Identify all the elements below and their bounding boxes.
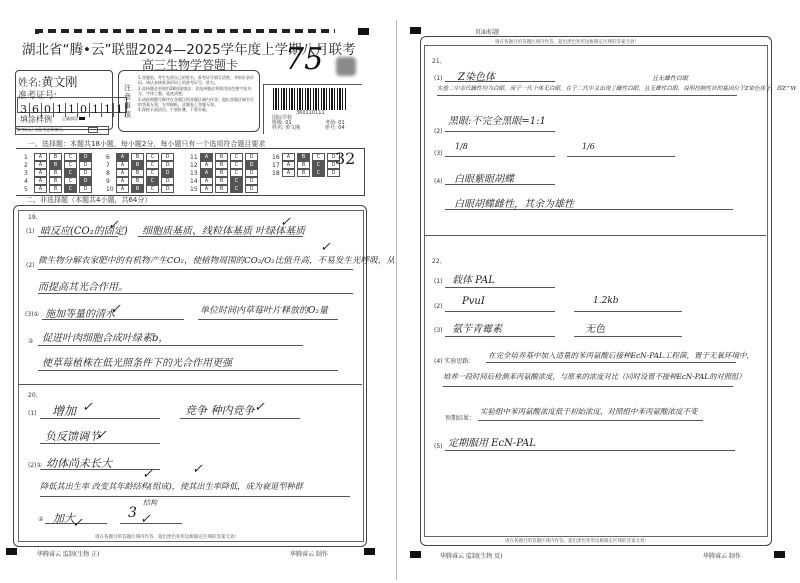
mc-option-a[interactable]: A bbox=[200, 169, 213, 177]
mc-option-d[interactable]: D bbox=[79, 177, 92, 185]
corner-mark bbox=[364, 548, 375, 555]
notice-item: 2.选择题必须使用2B铅笔填涂；非选择题必须使用黑色签字笔书写，字体工整、笔迹清… bbox=[138, 86, 256, 97]
mc-option-b[interactable]: B bbox=[131, 177, 144, 185]
mc-question-number: 9 bbox=[106, 178, 114, 185]
fold-line bbox=[396, 20, 397, 580]
notice-list: 1.答题前，考生先将自己的姓名、准考证号填写清楚，并贴好条形码。请认真核准条形码… bbox=[138, 75, 256, 113]
q21-p1-insert: 且无雄性白眼 bbox=[652, 73, 688, 82]
mc-question-number: 14 bbox=[190, 178, 198, 185]
mc-question-row: 9ABCD bbox=[106, 177, 174, 185]
q19-p3-2-answer-line2[interactable]: 使草莓植株在低光照条件下的光合作用更强 bbox=[42, 354, 232, 369]
mc-question-row: 4ABCD bbox=[24, 177, 92, 185]
mc-option-c[interactable]: C bbox=[312, 169, 325, 177]
mc-option-d[interactable]: D bbox=[245, 161, 258, 169]
q22-p3-label: (3) bbox=[434, 327, 443, 334]
mc-option-d[interactable]: D bbox=[79, 185, 92, 193]
left-footer-right: 华腾睿云 制作 bbox=[290, 549, 328, 558]
mc-option-a[interactable]: A bbox=[282, 161, 295, 169]
mc-option-b[interactable]: B bbox=[215, 153, 228, 161]
mc-option-c[interactable]: C bbox=[230, 161, 243, 169]
mc-question-number: 3 bbox=[24, 170, 32, 177]
mc-option-d[interactable]: D bbox=[245, 153, 258, 161]
mc-option-a[interactable]: A bbox=[116, 177, 129, 185]
mc-option-c[interactable]: C bbox=[64, 177, 77, 185]
redacted-mark bbox=[336, 57, 356, 76]
fill-example-correct: 正确填涂 bbox=[62, 116, 85, 122]
mc-question-number: 4 bbox=[24, 178, 32, 185]
section2-heading: 二、非选择题（本题共4小题，共64分） bbox=[26, 195, 151, 205]
right-header-label: 页面标题 bbox=[475, 27, 499, 36]
mc-option-b[interactable]: B bbox=[49, 185, 62, 193]
q22-p3-answer-b[interactable]: 无色 bbox=[585, 320, 605, 335]
notice-item: 3.请按照题号顺序在各题目的答题区域内作答，超出答题区域书写的答案无效；在草稿纸… bbox=[138, 97, 256, 108]
mc-question-number: 17 bbox=[272, 162, 280, 169]
mc-option-d[interactable]: D bbox=[327, 169, 340, 177]
q22-p4-answer-line1[interactable]: 在完全培养基中加入适量的苯丙氨酸后接种EcN-PAL工程菌，置于无氧环境中， bbox=[488, 350, 754, 361]
mc-option-b[interactable]: B bbox=[297, 169, 310, 177]
q21-p1-label: (1) bbox=[434, 75, 443, 82]
mc-option-a[interactable]: A bbox=[116, 169, 129, 177]
q21-q22-divider bbox=[424, 235, 766, 236]
mc-option-a[interactable]: A bbox=[200, 177, 213, 185]
mc-question-row: 10ABCD bbox=[106, 185, 174, 193]
q20-p1-answer-c[interactable]: 负反馈调节 bbox=[45, 428, 100, 444]
mc-question-row: 1ABCD bbox=[24, 153, 92, 161]
check-mark: ✓ bbox=[72, 516, 83, 531]
q22-p5-label: (5) bbox=[434, 443, 443, 450]
mc-option-c[interactable]: C bbox=[146, 153, 159, 161]
mc-option-c[interactable]: C bbox=[312, 161, 325, 169]
mc-option-b[interactable]: B bbox=[297, 153, 310, 161]
check-mark: ✓ bbox=[82, 400, 93, 415]
mc-option-a[interactable]: A bbox=[282, 153, 295, 161]
absent-label: 缺考标记 由监考老师填写。 bbox=[17, 127, 66, 133]
q22-p1-answer[interactable]: 载体 PAL bbox=[452, 271, 495, 286]
check-mark: ✓ bbox=[280, 215, 291, 230]
mc-option-c[interactable]: C bbox=[312, 153, 325, 161]
mc-question-number: 1 bbox=[24, 154, 32, 161]
exam-id-digit[interactable]: 1 bbox=[90, 103, 102, 117]
mc-option-c[interactable]: C bbox=[64, 161, 77, 169]
mc-question-number: 16 bbox=[272, 154, 280, 161]
q21-number: 21、 bbox=[432, 56, 446, 65]
corner-mark bbox=[410, 551, 421, 558]
timing-marks bbox=[35, 29, 335, 33]
corner-mark bbox=[6, 548, 17, 555]
mc-option-c[interactable]: C bbox=[230, 177, 243, 185]
mc-option-a[interactable]: A bbox=[200, 153, 213, 161]
mc-question-number: 7 bbox=[106, 162, 114, 169]
q21-p4-label: (4) bbox=[434, 178, 443, 185]
mc-question-number: 6 bbox=[106, 154, 114, 161]
total-score: 75 bbox=[285, 42, 323, 77]
q20-p2-label: (2)① bbox=[28, 462, 42, 469]
q21-p1-answer-b[interactable]: 实验二中亲代雌性均为白眼，而子一代个体无白眼，在子二代中又出现了雌性白眼，且无雄… bbox=[437, 84, 796, 92]
check-mark: ✓ bbox=[192, 462, 203, 477]
mc-option-b[interactable]: B bbox=[131, 161, 144, 169]
q21-p2-answer[interactable]: 黑眼:不完全黑眼=1:1 bbox=[448, 112, 546, 127]
q20-p1-answer-b[interactable]: 竞争 种内竞争 bbox=[185, 402, 255, 418]
mc-option-b[interactable]: B bbox=[297, 161, 310, 169]
mc-option-b[interactable]: B bbox=[49, 177, 62, 185]
q22-p1-label: (1) bbox=[434, 278, 443, 285]
mc-question-number: 13 bbox=[190, 170, 198, 177]
mc-question-row: 16ABCD bbox=[272, 153, 340, 161]
right-footer-right: 华腾睿云 制作 bbox=[703, 551, 741, 560]
q21-p3-answer-b[interactable]: 1/6 bbox=[582, 142, 595, 151]
seat-label: 座号: 04 bbox=[325, 124, 345, 131]
mc-question-row: 3ABCD bbox=[24, 169, 92, 177]
mc-option-b[interactable]: B bbox=[215, 161, 228, 169]
mc-question-row: 17ABCD bbox=[272, 161, 340, 169]
mc-option-a[interactable]: A bbox=[200, 161, 213, 169]
q21-p4-answer-a[interactable]: 白眼紫眼胡蝶 bbox=[454, 170, 514, 185]
mc-question-number: 5 bbox=[24, 186, 32, 193]
q21-p3-answer-a[interactable]: 1/8 bbox=[455, 142, 468, 151]
check-mark: ✓ bbox=[254, 400, 265, 415]
q19-p2-answer-line1[interactable]: 微生物分解农家肥中的有机物产生CO₂，使植物周围的CO₂/O₂比值升高，不易发生… bbox=[38, 254, 395, 266]
left-footer-left: 华腾睿云 监制(生物 正) bbox=[37, 549, 100, 558]
absent-checkbox[interactable] bbox=[88, 127, 98, 133]
mc-option-d[interactable]: D bbox=[245, 177, 258, 185]
mc-option-c[interactable]: C bbox=[146, 185, 159, 193]
check-mark: ✓ bbox=[320, 240, 331, 255]
mc-question-row: 15ABCD bbox=[190, 185, 258, 193]
fill-example-label: 填涂样例 bbox=[20, 114, 52, 125]
q22-result-answer[interactable]: 实验组中苯丙氨酸浓度低于初始浓度，对照组中苯丙氨酸浓度不变 bbox=[480, 406, 698, 417]
mc-option-d[interactable]: D bbox=[161, 169, 174, 177]
mc-option-d[interactable]: D bbox=[245, 185, 258, 193]
mc-option-c[interactable]: C bbox=[64, 153, 77, 161]
mc-option-d[interactable]: D bbox=[79, 153, 92, 161]
student-name[interactable]: 黄文刚 bbox=[41, 75, 77, 89]
mc-question-number: 11 bbox=[190, 154, 198, 161]
mc-option-a[interactable]: A bbox=[116, 153, 129, 161]
exam-id-digit[interactable]: 1 bbox=[54, 103, 66, 117]
exam-id-digit[interactable]: 1 bbox=[102, 103, 114, 117]
mc-option-c[interactable]: C bbox=[64, 185, 77, 193]
q21-p4-answer-b[interactable]: 白眼胡蝶雌性，其余为雄性 bbox=[454, 195, 574, 210]
barcode-number: 360110111 bbox=[296, 110, 325, 116]
mc-question-number: 8 bbox=[106, 170, 114, 177]
mc-option-d[interactable]: D bbox=[161, 153, 174, 161]
q19-p3-label: (3)① bbox=[25, 311, 39, 318]
exam-id-digit[interactable]: 0 bbox=[78, 103, 90, 117]
mc-option-b[interactable]: B bbox=[215, 177, 228, 185]
mc-option-c[interactable]: C bbox=[146, 161, 159, 169]
mc-question-row: 2ABCD bbox=[24, 161, 92, 169]
mc-question-row: 11ABCD bbox=[190, 153, 258, 161]
mc-option-c[interactable]: C bbox=[64, 169, 77, 177]
q22-number: 22、 bbox=[432, 256, 446, 265]
q19-q20-divider bbox=[18, 384, 362, 385]
mc-question-number: 15 bbox=[190, 186, 198, 193]
mc-option-d[interactable]: D bbox=[161, 185, 174, 193]
q20-p2-answer-b[interactable]: 降低其出生率 改变其年龄结构(组成)，使其出生率降低，成为衰退型种群 bbox=[40, 481, 303, 492]
mc-option-a[interactable]: A bbox=[200, 185, 213, 193]
mc-question-row: 13ABCD bbox=[190, 169, 258, 177]
mc-question-number: 10 bbox=[106, 186, 114, 193]
mc-question-number: 12 bbox=[190, 162, 198, 169]
q19-p3-answer-b[interactable]: 单位时间内草莓叶片释放的O₂量 bbox=[200, 303, 328, 316]
q19-p2-answer-line2[interactable]: 而提高其光合作用。 bbox=[38, 278, 128, 293]
mc-option-b[interactable]: B bbox=[215, 185, 228, 193]
q20-p2-2-answer-b[interactable]: 3 bbox=[128, 505, 137, 521]
mc-option-b[interactable]: B bbox=[131, 153, 144, 161]
mc-option-a[interactable]: A bbox=[34, 153, 47, 161]
q20-p2-answer-note: 结构 bbox=[143, 498, 157, 508]
q19-p3-2-answer-line1[interactable]: 促进叶肉细胞合成叶绿素b， bbox=[42, 329, 168, 344]
check-mark: ✓ bbox=[140, 512, 151, 527]
notice-item: 1.答题前，考生先将自己的姓名、准考证号填写清楚，并贴好条形码。请认真核准条形码… bbox=[138, 75, 256, 86]
right-bottom-notice: 请在各题目的答题区域内作答，超出黑色矩形边框限定区域的答案无效！ bbox=[505, 538, 649, 544]
corner-mark bbox=[358, 28, 369, 35]
q22-p2-answer-a[interactable]: PvuI bbox=[462, 296, 485, 307]
q21-p3-label: (3) bbox=[434, 150, 443, 157]
mc-option-d[interactable]: D bbox=[79, 161, 92, 169]
mc-option-d[interactable]: D bbox=[161, 161, 174, 169]
mc-option-c[interactable]: C bbox=[146, 169, 159, 177]
mc-option-a[interactable]: A bbox=[34, 169, 47, 177]
q20-p1-label: (1) bbox=[28, 410, 37, 417]
notice-heading: 注意事项 bbox=[124, 84, 132, 120]
mc-option-d[interactable]: D bbox=[245, 169, 258, 177]
corner-mark bbox=[774, 551, 785, 558]
mc-question-row: 12ABCD bbox=[190, 161, 258, 169]
check-mark: ✓ bbox=[110, 302, 121, 317]
q20-number: 20、 bbox=[28, 390, 42, 399]
mc-option-c[interactable]: C bbox=[230, 153, 243, 161]
mc-question-row: 14ABCD bbox=[190, 177, 258, 185]
mc-option-b[interactable]: B bbox=[215, 169, 228, 177]
mc-option-b[interactable]: B bbox=[131, 169, 144, 177]
mc-question-row: 18ABCD bbox=[272, 169, 340, 177]
q22-p3-answer-a[interactable]: 氨苄青霉素 bbox=[452, 320, 502, 335]
mc-option-a[interactable]: A bbox=[282, 169, 295, 177]
mc-option-a[interactable]: A bbox=[116, 185, 129, 193]
mc-option-b[interactable]: B bbox=[49, 153, 62, 161]
q22-p4-label: (4) 实验思路： bbox=[434, 356, 474, 365]
mc-option-b[interactable]: B bbox=[49, 169, 62, 177]
barcode bbox=[273, 88, 347, 110]
mc-question-row: 7ABCD bbox=[106, 161, 174, 169]
mc-option-d[interactable]: D bbox=[79, 169, 92, 177]
q19-p3-2-label: ② bbox=[28, 338, 33, 345]
right-footer-left: 华腾睿云 监制(生物 反) bbox=[440, 551, 503, 560]
q22-p2-label: (2) bbox=[434, 303, 443, 310]
mc-option-c[interactable]: C bbox=[230, 185, 243, 193]
q19-p3-answer-a[interactable]: 施加等量的清水 bbox=[45, 305, 115, 320]
mc-question-row: 8ABCD bbox=[106, 169, 174, 177]
check-mark: ✓ bbox=[108, 218, 119, 233]
mc-question-row: 5ABCD bbox=[24, 185, 92, 193]
notice-item: 4.保持卡面清洁，不要折叠、不要弄破。 bbox=[138, 107, 256, 112]
mc-option-b[interactable]: B bbox=[49, 161, 62, 169]
q19-p1-label: (1) bbox=[26, 228, 35, 235]
mc-option-d[interactable]: D bbox=[161, 177, 174, 185]
mc-option-a[interactable]: A bbox=[34, 185, 47, 193]
mc-option-b[interactable]: B bbox=[131, 185, 144, 193]
corner-mark bbox=[410, 27, 421, 34]
mc-question-number: 2 bbox=[24, 162, 32, 169]
mc-option-c[interactable]: C bbox=[146, 177, 159, 185]
mc-question-number: 18 bbox=[272, 170, 280, 177]
q22-p5-answer[interactable]: 定期服用 EcN-PAL bbox=[448, 434, 536, 449]
q20-p2-2-label: ② bbox=[38, 516, 43, 523]
exam-id-field[interactable]: 360110111 bbox=[17, 97, 127, 113]
check-mark: ✓ bbox=[142, 467, 153, 482]
check-mark: ✓ bbox=[96, 428, 107, 443]
mc-option-a[interactable]: A bbox=[34, 177, 47, 185]
left-bottom-notice: 请在各题目的答题区域内作答，超出黑色矩形边框限定区域的答案无效！ bbox=[95, 534, 239, 540]
mc-question-row: 6ABCD bbox=[106, 153, 174, 161]
q19-number: 19、 bbox=[28, 212, 42, 221]
q22-p4-answer-line2[interactable]: 培养一段时间后检测苯丙氨酸浓度，与原来的浓度对比（同时设置不接种EcN-PAL的… bbox=[443, 372, 746, 382]
q20-p1-answer-a[interactable]: 增加 bbox=[52, 402, 76, 419]
barcode-name-label: 姓名: 黄文刚 bbox=[272, 124, 300, 131]
q21-p2-label: (2) bbox=[434, 128, 443, 135]
q22-p2-answer-b[interactable]: 1.2kb bbox=[593, 296, 619, 306]
q19-p2-label: (2) bbox=[26, 262, 35, 269]
q22-result-label: 预期结果： bbox=[445, 413, 475, 422]
mc-option-c[interactable]: C bbox=[230, 169, 243, 177]
mc-option-a[interactable]: A bbox=[34, 161, 47, 169]
mc-option-a[interactable]: A bbox=[116, 161, 129, 169]
exam-id-digit[interactable]: 1 bbox=[66, 103, 78, 117]
section1-score: 32 bbox=[335, 149, 355, 168]
